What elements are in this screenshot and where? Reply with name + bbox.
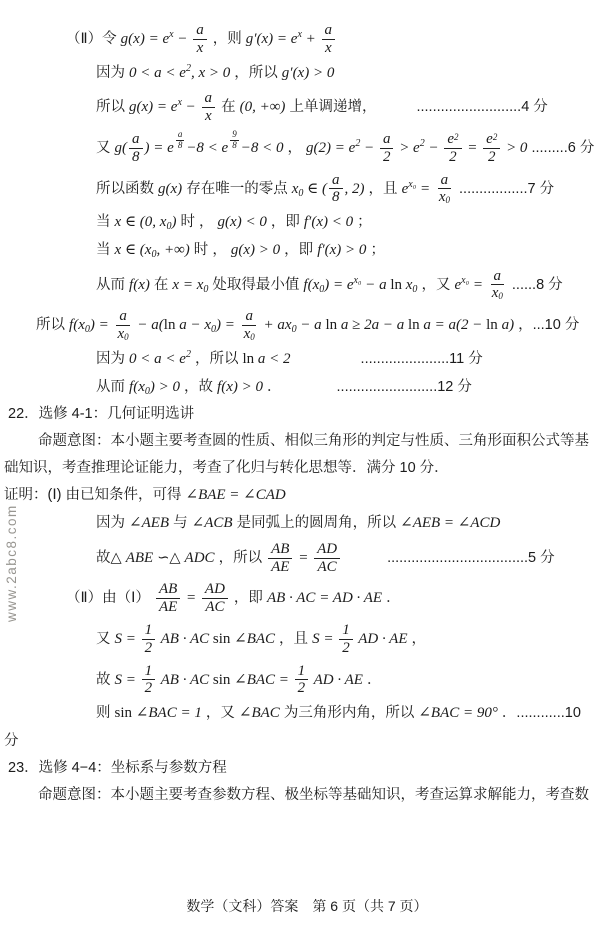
text-run: 当 [96, 242, 115, 258]
fraction: 12 [295, 663, 309, 698]
fraction: ax [202, 90, 216, 125]
text-run: 与 [169, 515, 192, 531]
fraction: e22 [483, 131, 500, 166]
document-line: 又 S = 12 AB · AC sin ∠BAC ，且 S = 12 AD ·… [0, 622, 614, 657]
math-run: f(x [129, 379, 145, 395]
math-run: 0 [145, 386, 150, 397]
text-run: 分 [4, 733, 19, 749]
text-run: .................7 分 [455, 181, 554, 197]
math-run: 1 [342, 622, 350, 638]
math-run: a [205, 90, 213, 106]
denominator: x [322, 40, 335, 57]
math-run: 0 [298, 188, 303, 199]
document-line: 分 [0, 731, 614, 752]
numerator: a [322, 22, 336, 40]
numerator: 1 [295, 663, 309, 681]
math-run: AD [317, 541, 337, 557]
math-run: x ∈ (x [115, 242, 152, 258]
math-run: g(x) = e [121, 31, 169, 47]
fraction: a8 [129, 131, 143, 166]
math-run: a [119, 308, 127, 324]
text-run: 上单调递增， [285, 99, 376, 115]
numerator: e2 [444, 131, 461, 149]
math-run: 2 [145, 680, 153, 696]
denominator: x0 [489, 285, 506, 302]
denominator: AE [156, 599, 180, 616]
fraction: 12 [142, 622, 156, 657]
text-run: 在 [150, 277, 173, 293]
text-run: ，即 [230, 591, 267, 607]
math-run: ∠AEB [129, 515, 169, 531]
numerator: 1 [142, 663, 156, 681]
math-run: a [441, 172, 449, 188]
math-run: g(x) > 0 [231, 242, 280, 258]
denominator: 2 [485, 149, 499, 166]
document-line: 所以函数 g(x) 存在唯一的零点 x0 ∈ (a8, 2) ，且 ex₀ = … [0, 172, 614, 207]
text-run: .........6 分 [527, 140, 594, 156]
text-run: ， [408, 631, 427, 647]
math-run: 0 [124, 332, 129, 342]
math-run: 0 [85, 324, 90, 335]
fraction: ABAE [268, 541, 292, 576]
text-run: ......8 分 [508, 277, 563, 293]
math-run: AB · AC [157, 672, 213, 688]
fraction: ax [193, 22, 207, 57]
numerator: a [242, 308, 256, 326]
fraction: ax0 [436, 172, 453, 207]
document-line: 因为 0 < a < e2 ，所以 ln a < 2..............… [0, 349, 614, 371]
numerator: a [329, 172, 343, 190]
numerator: 1 [142, 622, 156, 640]
denominator: 2 [142, 680, 156, 697]
fraction: ADAC [314, 541, 340, 576]
math-run: e [486, 131, 493, 147]
math-run: a − x [179, 317, 211, 333]
denominator: 2 [339, 640, 353, 657]
math-run: g(2) = e [306, 140, 355, 156]
math-run: −8 < 0 [241, 140, 284, 156]
denominator: 8 [129, 149, 143, 166]
fraction: ax0 [114, 308, 131, 343]
math-run: ∠BAC [234, 631, 275, 647]
document-line: 础知识，考查推理论证能力，考查了化归与转化思想等．满分 10 分． [0, 458, 614, 479]
numerator: e2 [483, 131, 500, 149]
fraction: ABAE [156, 581, 180, 616]
document-line: 命题意图：本小题主要考查圆的性质、相似三角形的判定与性质、三角形面积公式等基 [0, 431, 614, 452]
document-line: （Ⅱ）令 g(x) = ex − ax ，则 g′(x) = ex + ax [0, 22, 614, 57]
math-run: f(x) [129, 277, 150, 293]
denominator: 2 [446, 149, 460, 166]
text-run: 故 [96, 672, 115, 688]
math-run: a < 2 [258, 351, 291, 367]
text-run: 命题意图：本小题主要考查圆的性质、相似三角形的判定与性质、三角形面积公式等基 [38, 433, 589, 449]
document-line: 因为 ∠AEB 与 ∠ACB 是同弧上的圆周角，所以 ∠AEB = ∠ACD [0, 513, 614, 535]
text-run: ； [353, 214, 372, 230]
math-run: x [177, 97, 181, 108]
text-run: 因为 [96, 65, 129, 81]
math-run: = [469, 277, 487, 293]
text-run: ∽△ [153, 550, 184, 566]
math-run: AC [317, 559, 336, 575]
fraction: 12 [142, 663, 156, 698]
math-run: = [294, 550, 312, 566]
fraction: ax0 [241, 308, 258, 343]
numerator: AD [202, 581, 228, 599]
math-run: a [325, 22, 333, 38]
document-line: 故 S = 12 AB · AC sin ∠BAC = 12 AD · AE ． [0, 663, 614, 698]
text-run: ...................................5 分 [387, 550, 555, 566]
text-run: 从而 [96, 379, 129, 395]
math-run: S = [312, 631, 337, 647]
math-run: f′(x) < 0 [304, 214, 353, 230]
math-run: , 2) [345, 181, 365, 197]
denominator: x0 [436, 189, 453, 206]
math-run: 1 [145, 663, 153, 679]
text-run: ． [382, 591, 401, 607]
document-line: 命题意图：本小题主要考查参数方程、极坐标等基础知识，考查运算求解能力，考查数 [0, 785, 614, 806]
math-run: − [174, 31, 192, 47]
fraction: ADAC [202, 581, 228, 616]
page-footer: 数学（文科）答案 第 6 页（共 7 页） [0, 896, 614, 916]
math-run: ln [486, 317, 501, 333]
math-run: AD · AE [355, 631, 408, 647]
math-run: AB [271, 541, 289, 557]
superscript-fraction: a8 [176, 130, 185, 151]
math-run: ln [243, 351, 258, 367]
math-run: f(x [69, 317, 85, 333]
math-run: 0 [445, 195, 450, 205]
math-run: sin [213, 631, 234, 647]
fraction: a2 [380, 131, 394, 166]
math-run: ln [164, 317, 179, 333]
leader-gap [291, 362, 361, 363]
text-run: 又 [96, 631, 115, 647]
math-run: ∠BAC = [234, 672, 293, 688]
fraction: ax0 [489, 268, 506, 303]
text-run: ，又 [417, 277, 454, 293]
math-run: ADC [185, 550, 215, 566]
math-run: 0 [498, 291, 503, 301]
math-run: g′(x) = e [246, 31, 298, 47]
text-run: 存在唯一的零点 [182, 181, 292, 197]
fraction: e22 [444, 131, 461, 166]
document-line: （Ⅱ）由（Ⅰ） ABAE = ADAC ，即 AB · AC = AD · AE… [0, 581, 614, 616]
numerator: a [380, 131, 394, 149]
math-run: − a [297, 317, 326, 333]
math-run: g′(x) > 0 [282, 65, 335, 81]
text-run: 命题意图：本小题主要考查参数方程、极坐标等基础知识，考查运算求解能力，考查数 [38, 787, 589, 803]
text-run: ．............10 [498, 705, 581, 721]
math-run: ) = e [145, 140, 174, 156]
text-run: 所以 [36, 317, 69, 333]
text-run: ． [263, 379, 282, 395]
denominator: 8 [230, 141, 239, 151]
denominator: 2 [142, 640, 156, 657]
math-run: e [447, 131, 454, 147]
numerator: a [202, 90, 216, 108]
math-run: AB · AC [157, 631, 213, 647]
text-run: ，又 [202, 705, 239, 721]
text-run: （Ⅱ）由（Ⅰ） [66, 591, 154, 607]
answer-page: { "page": { "footer": "数学（文科）答案 第 6 页（共 … [0, 0, 614, 932]
math-run: ABE [126, 550, 154, 566]
text-run: ......................11 分 [361, 351, 483, 367]
math-run: ∠BAC = 90° [418, 705, 498, 721]
math-run: > e [395, 140, 419, 156]
math-run: 2 [342, 640, 350, 656]
math-run: = [182, 591, 200, 607]
math-run: 2 [298, 680, 306, 696]
math-run: g(x) = e [129, 99, 177, 115]
math-run: g( [115, 140, 128, 156]
math-run: a [132, 131, 140, 147]
math-run: g(x) [158, 181, 182, 197]
denominator: AE [268, 559, 292, 576]
math-run: x [205, 108, 212, 124]
math-run: + ax [260, 317, 292, 333]
text-run: 时 ， [176, 214, 217, 230]
watermark: www.2abc8.com [4, 504, 19, 622]
math-run: 0 [292, 324, 297, 335]
text-run: 23．选修 4−4：坐标系与参数方程 [8, 760, 227, 776]
document-line: 所以 f(x0) = ax0 − a(ln a − x0) = ax0 + ax… [0, 308, 614, 343]
math-run: ∠ACB [192, 515, 233, 531]
math-run: , x > 0 [191, 65, 230, 81]
math-run: ∠AEB = ∠ACD [400, 515, 500, 531]
math-run: AC [205, 599, 224, 615]
text-run: 则 [96, 705, 115, 721]
math-run: , +∞) [156, 242, 189, 258]
text-run: ，故 [180, 379, 217, 395]
denominator: AC [314, 559, 339, 576]
fraction: ax [322, 22, 336, 57]
math-run: 0 [166, 221, 171, 232]
math-run: ∠BAC = 1 [136, 705, 202, 721]
leader-gap [376, 110, 416, 111]
math-run: AE [271, 559, 289, 575]
math-run: 0 [151, 249, 156, 260]
math-run: 0 [203, 284, 208, 295]
math-run: a [494, 268, 502, 284]
math-run: 1 [298, 663, 306, 679]
math-run: = [464, 140, 482, 156]
text-run: 22．选修 4-1：几何证明选讲 [8, 406, 194, 422]
math-run: 0 < a < e [129, 65, 186, 81]
math-run: 2 [454, 132, 459, 142]
math-run: AB [159, 581, 177, 597]
math-run: a [383, 131, 391, 147]
math-run: 8 [332, 189, 340, 205]
text-run: 时 ， [190, 242, 231, 258]
text-run: ； [366, 242, 385, 258]
numerator: 1 [339, 622, 353, 640]
math-run: − [360, 140, 378, 156]
leader-gap [342, 561, 387, 562]
math-run: 2 [186, 349, 191, 360]
math-run: ∠BAE = ∠CAD [186, 487, 286, 503]
math-run: ) = e [324, 277, 353, 293]
document-line: 当 x ∈ (x0, +∞) 时 ， g(x) > 0 ，即 f′(x) > 0… [0, 240, 614, 262]
math-run: 8 [132, 149, 140, 165]
text-run: ，即 [267, 214, 304, 230]
text-run: ， [283, 140, 306, 156]
math-run: S = [115, 631, 140, 647]
math-run: ) = [90, 317, 113, 333]
math-run: ∠BAC [239, 705, 280, 721]
math-run: − [182, 99, 200, 115]
text-run: 证明：(Ⅰ) 由已知条件，可得 [4, 487, 186, 503]
document-line: 所以 g(x) = ex − ax 在 (0, +∞) 上单调递增，......… [0, 90, 614, 125]
numerator: a [491, 268, 505, 286]
math-run: x [297, 29, 301, 40]
math-run: (0, +∞) [240, 99, 286, 115]
math-run: ln [390, 277, 405, 293]
text-run: 又 [96, 140, 115, 156]
math-run: x₀ [461, 275, 469, 286]
text-run: 从而 [96, 277, 129, 293]
math-run: ) = [216, 317, 239, 333]
denominator: 8 [176, 141, 185, 151]
text-run: ，...10 分 [514, 317, 579, 333]
document-line: 因为 0 < a < e2, x > 0 ，所以 g′(x) > 0 [0, 63, 614, 85]
text-run: 因为 [96, 515, 129, 531]
text-run: ，所以 [215, 550, 267, 566]
numerator: AD [314, 541, 340, 559]
math-run: sin [213, 672, 234, 688]
math-run: a [196, 22, 204, 38]
document-line: 证明：(Ⅰ) 由已知条件，可得 ∠BAE = ∠CAD [0, 485, 614, 507]
denominator: x [194, 40, 207, 57]
denominator: 2 [295, 680, 309, 697]
fraction: a8 [329, 172, 343, 207]
denominator: 2 [380, 149, 394, 166]
math-run: 2 [493, 132, 498, 142]
math-run: AD [205, 581, 225, 597]
math-run: x₀ [354, 275, 362, 286]
math-run: 2 [488, 149, 496, 165]
math-run: f(x) > 0 [217, 379, 263, 395]
text-run: .........................12 分 [337, 379, 472, 395]
text-run: ，即 [280, 242, 317, 258]
math-run: ) > 0 [150, 379, 180, 395]
math-run: a = a(2 − [423, 317, 486, 333]
numerator: a [129, 131, 143, 149]
math-run: 0 [319, 284, 324, 295]
math-run: − [425, 140, 443, 156]
math-run: a [245, 308, 253, 324]
math-run: x [169, 29, 173, 40]
math-run: > 0 [502, 140, 527, 156]
leader-gap [282, 390, 337, 391]
math-run: x ∈ (0, x [115, 214, 167, 230]
math-run: 2 [355, 138, 360, 149]
text-run: ..........................4 分 [416, 99, 547, 115]
math-run: 0 [211, 324, 216, 335]
numerator: a [438, 172, 452, 190]
math-run: + [302, 31, 320, 47]
denominator: 8 [329, 189, 343, 206]
document-line: 当 x ∈ (0, x0) 时 ， g(x) < 0 ，即 f′(x) < 0 … [0, 212, 614, 234]
text-run: 是同弧上的圆周角，所以 [233, 515, 401, 531]
text-run: ，所以 [230, 65, 282, 81]
math-run: 2 [449, 149, 457, 165]
math-run: 1 [145, 622, 153, 638]
math-run: − a( [134, 317, 164, 333]
math-run: 0 < a < e [129, 351, 186, 367]
text-run: 因为 [96, 351, 129, 367]
math-run: g(x) < 0 [218, 214, 267, 230]
denominator: AC [202, 599, 227, 616]
math-run: a) [502, 317, 515, 333]
math-run: a [332, 172, 340, 188]
math-run: AE [159, 599, 177, 615]
text-run: ，所以 [191, 351, 243, 367]
superscript-fraction: 98 [230, 130, 239, 151]
math-run: 0 [412, 284, 417, 295]
text-run: 所以函数 [96, 181, 158, 197]
numerator: AB [268, 541, 292, 559]
text-run: 处取得最小值 [208, 277, 303, 293]
numerator: AB [156, 581, 180, 599]
math-run: −8 < e [186, 140, 228, 156]
text-run: 在 [217, 99, 240, 115]
math-run: 2 [186, 63, 191, 74]
math-run: 0 [250, 332, 255, 342]
math-run: ∈ ( [303, 181, 327, 197]
denominator: x [202, 108, 215, 125]
math-run: ln [408, 317, 423, 333]
text-run: ． [363, 672, 382, 688]
math-run: 2 [145, 640, 153, 656]
math-run: x [325, 40, 332, 56]
math-run: x = x [172, 277, 203, 293]
math-run: a ≥ 2a − a [341, 317, 408, 333]
fraction: 12 [339, 622, 353, 657]
document-line: 从而 f(x0) > 0 ，故 f(x) > 0 ．..............… [0, 377, 614, 399]
math-run: x [197, 40, 204, 56]
document-line: 从而 f(x) 在 x = x0 处取得最小值 f(x0) = ex₀ − a … [0, 268, 614, 303]
numerator: a [116, 308, 130, 326]
math-run: f′(x) > 0 [317, 242, 366, 258]
math-run: = [416, 181, 434, 197]
document-lines: （Ⅱ）令 g(x) = ex − ax ，则 g′(x) = ex + ax因为… [0, 0, 614, 812]
math-run: 2 [420, 138, 425, 149]
text-run: 础知识，考查推理论证能力，考查了化归与转化思想等．满分 10 分． [4, 460, 449, 476]
text-run: 为三角形内角，所以 [280, 705, 419, 721]
math-run: 2 [383, 149, 391, 165]
document-line: 又 g(a8) = ea8−8 < e98−8 < 0 ， g(2) = e2 … [0, 131, 614, 166]
document-line: 故△ ABE ∽△ ADC ，所以 ABAE = ADAC...........… [0, 541, 614, 576]
text-run: ，且 [275, 631, 312, 647]
math-run: ln [325, 317, 340, 333]
text-run: 故△ [96, 550, 126, 566]
text-run: 当 [96, 214, 115, 230]
math-run: sin [115, 705, 136, 721]
text-run: ，则 [209, 31, 246, 47]
document-line: 则 sin ∠BAC = 1 ，又 ∠BAC 为三角形内角，所以 ∠BAC = … [0, 703, 614, 725]
numerator: a [193, 22, 207, 40]
text-run: ，且 [365, 181, 402, 197]
denominator: x0 [114, 326, 131, 343]
math-run: S = [115, 672, 140, 688]
math-run: − a [361, 277, 390, 293]
math-run: AB · AC = AD · AE [267, 591, 382, 607]
denominator: x0 [241, 326, 258, 343]
math-run: x₀ [408, 179, 416, 190]
math-run: AD · AE [310, 672, 363, 688]
text-run: （Ⅱ）令 [66, 31, 121, 47]
document-line: 22．选修 4-1：几何证明选讲 [0, 404, 614, 425]
